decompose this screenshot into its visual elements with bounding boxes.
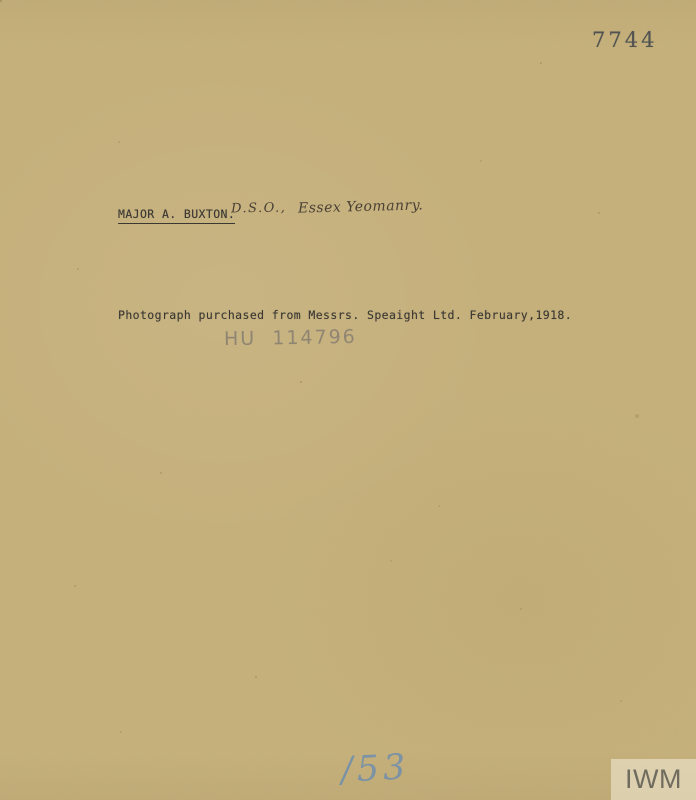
paper-specks <box>0 0 2 2</box>
typed-purchase-note: Photograph purchased from Messrs. Speaig… <box>118 308 572 322</box>
purchase-note-line: Photograph purchased from Messrs. Speaig… <box>118 304 572 323</box>
stamp-number: 7744 <box>592 30 657 51</box>
handwritten-regiment: Essex Yeomanry. <box>298 197 424 216</box>
paper-shading <box>0 0 696 800</box>
iwm-watermark: IWM <box>611 759 696 800</box>
pencil-catalogue-number: HU 114796 <box>224 326 357 351</box>
handwritten-decoration: D.S.O., <box>231 201 287 217</box>
paper-texture <box>0 0 696 800</box>
caption-line: MAJOR A. BUXTON. <box>118 203 235 222</box>
photograph-reverse-card: 7744 MAJOR A. BUXTON. D.S.O., Essex Yeom… <box>0 0 696 800</box>
blue-ink-annotation: /53 <box>340 748 410 790</box>
typed-caption-name: MAJOR A. BUXTON. <box>118 207 235 224</box>
iwm-watermark-label: IWM <box>625 766 682 793</box>
